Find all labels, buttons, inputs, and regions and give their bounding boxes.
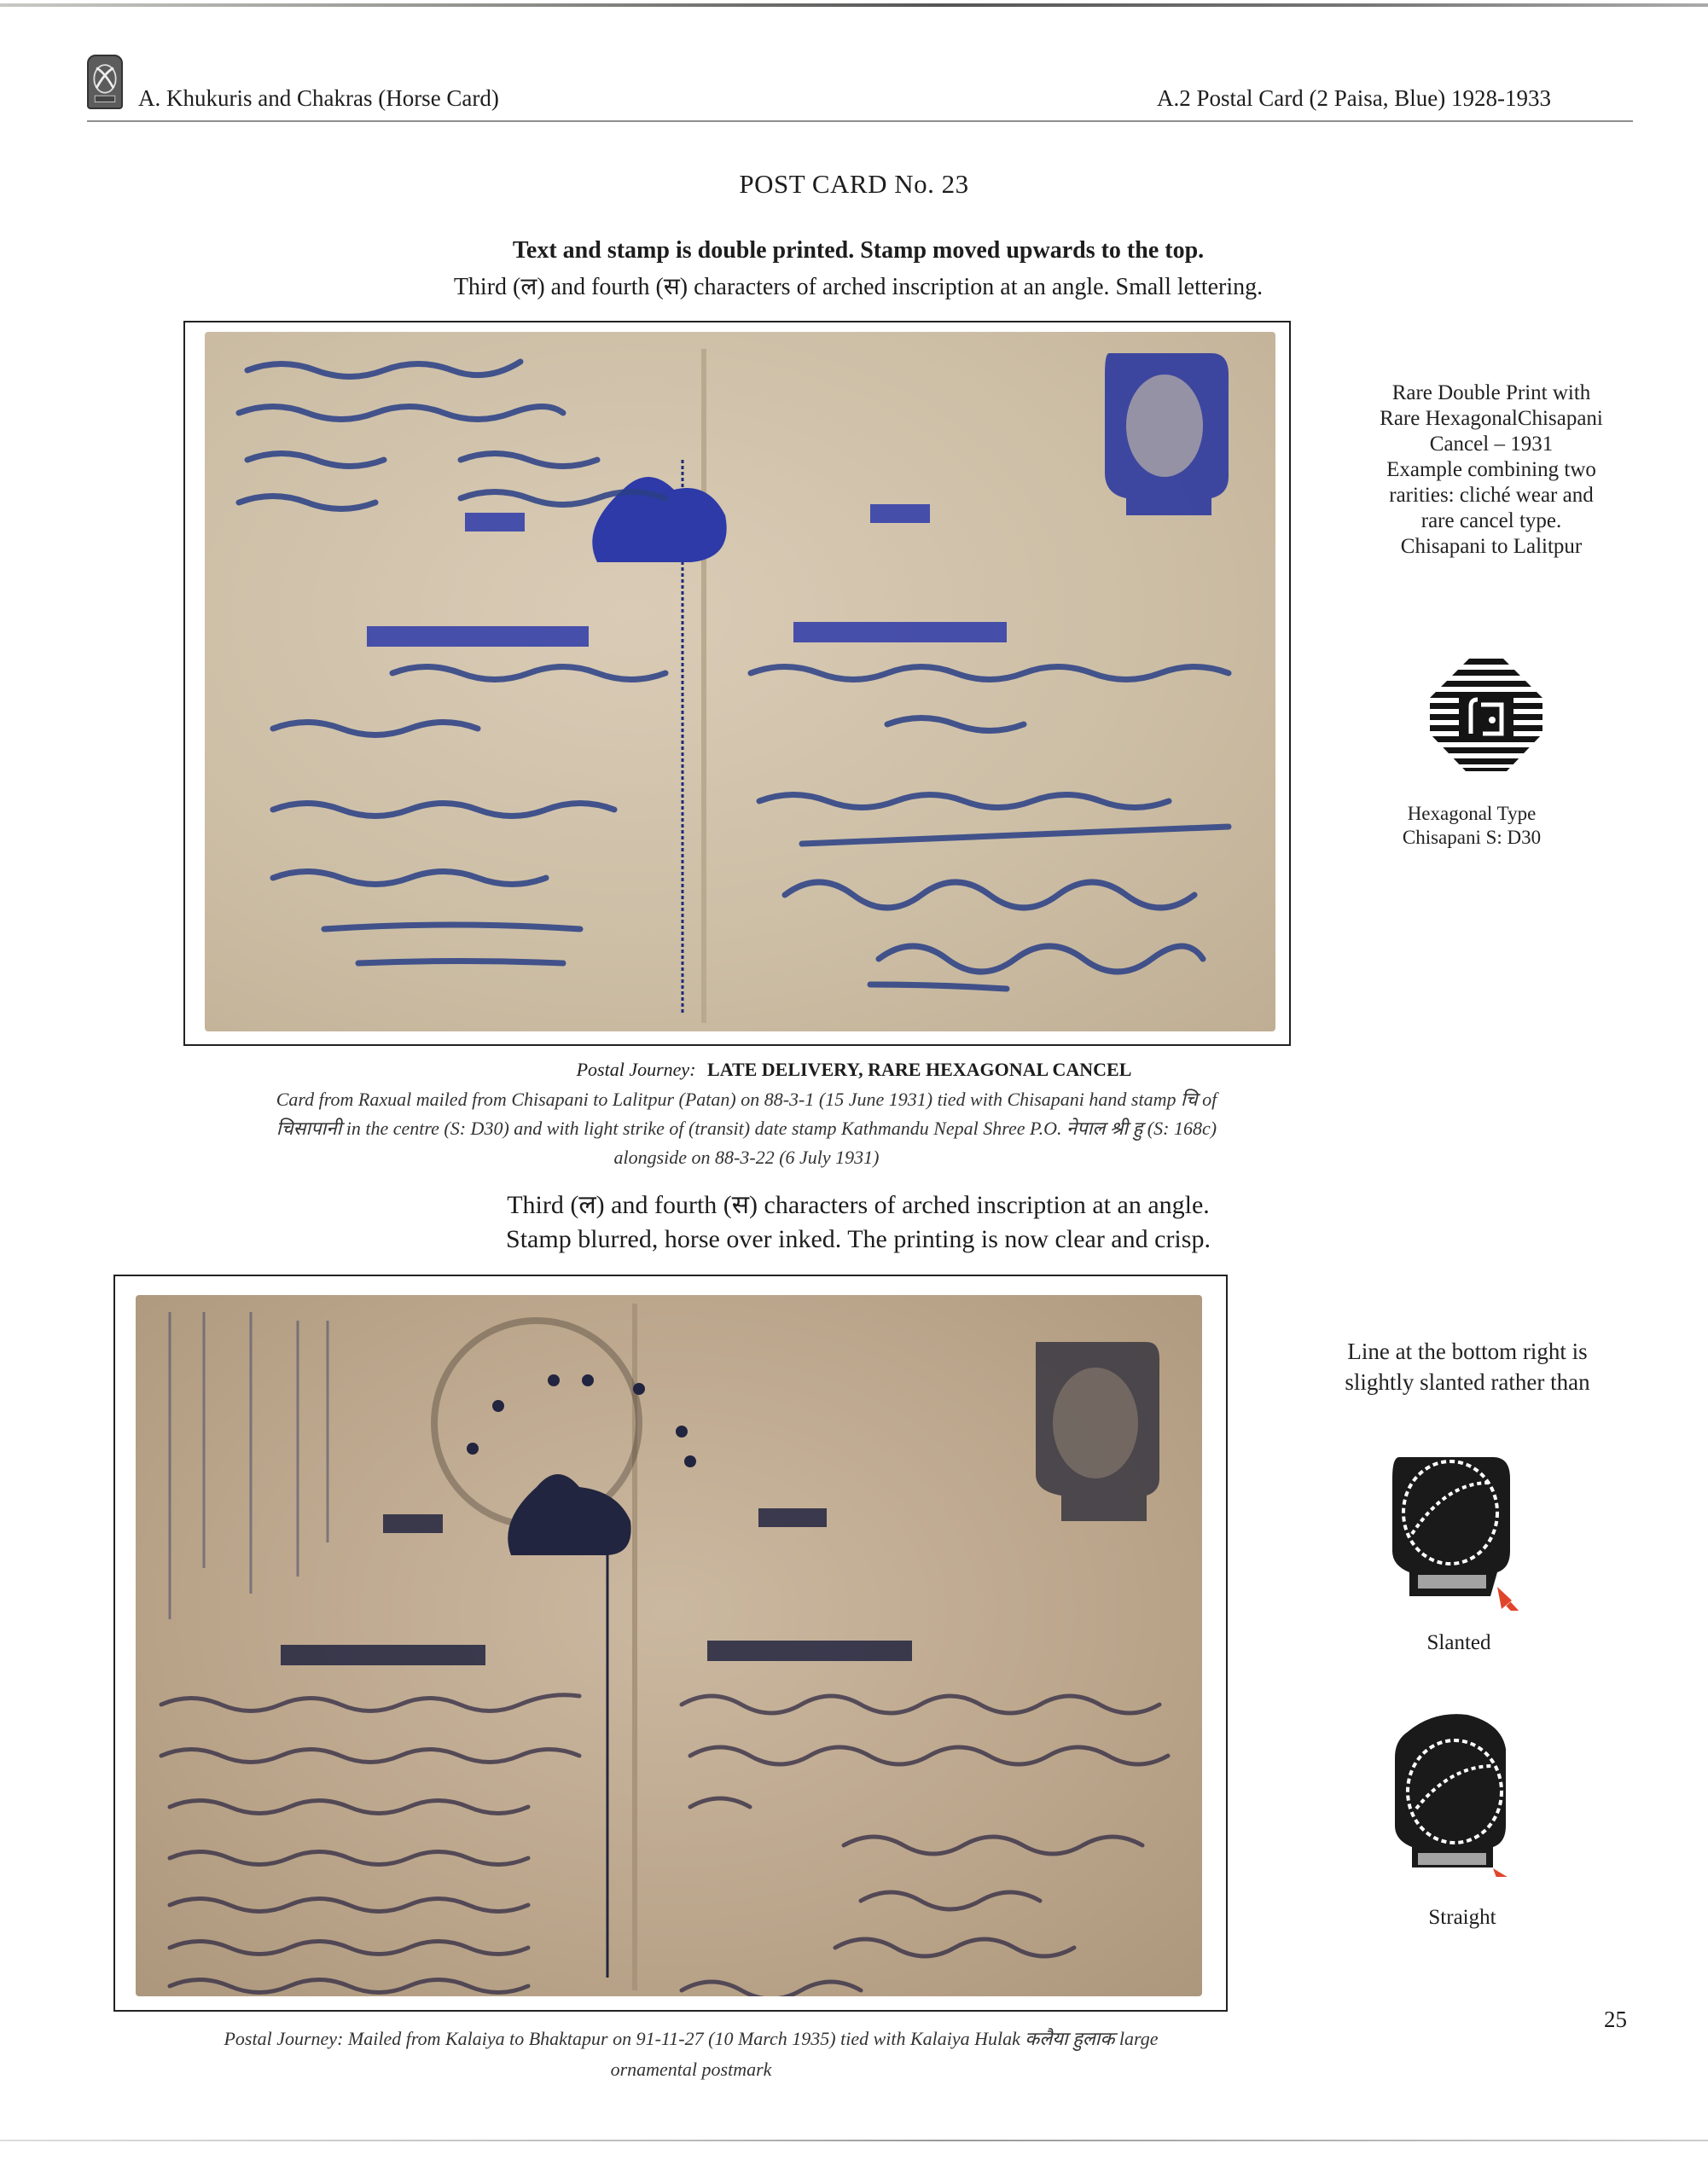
postal-journey-summary: LATE DELIVERY, RARE HEXAGONAL CANCEL — [707, 1059, 1131, 1080]
side-note-line: slightly slanted rather than — [1280, 1367, 1655, 1397]
card-23-journey-heading: Postal Journey: LATE DELIVERY, RARE HEXA… — [0, 1059, 1708, 1081]
description-line: Stamp blurred, horse over inked. The pri… — [0, 1223, 1708, 1257]
card-23-description: Third (ल) and fourth (स) characters of a… — [0, 270, 1708, 302]
slanted-stamp-detail-image — [1365, 1440, 1536, 1611]
journey-detail-line: चिसापानी in the centre (S: D30) and with… — [205, 1114, 1288, 1143]
cancel-reference-label: Chisapani S: D30 — [1339, 826, 1604, 850]
post-card-title: POST CARD No. 23 — [0, 169, 1708, 200]
top-page-rule — [0, 3, 1708, 7]
cancel-type-label: Hexagonal Type — [1339, 802, 1604, 826]
card-2-side-note: Line at the bottom right is slightly sla… — [1280, 1336, 1655, 1397]
card-2-image — [136, 1295, 1202, 1996]
side-note-line: Example combining two — [1321, 457, 1662, 483]
card-2-journey-caption: Postal Journey: Mailed from Kalaiya to B… — [137, 2024, 1246, 2085]
description-line: Third (ल) and fourth (स) characters of a… — [0, 1188, 1708, 1223]
hexagonal-cancel-caption: Hexagonal Type Chisapani S: D30 — [1339, 802, 1604, 850]
card-23-side-note: Rare Double Print with Rare HexagonalChi… — [1321, 380, 1662, 560]
red-arrow-icon — [1497, 1587, 1529, 1611]
side-note-line: rare cancel type. — [1321, 508, 1662, 534]
header-rule — [87, 120, 1633, 122]
side-note-line: Cancel – 1931 — [1321, 432, 1662, 457]
card-23-description-bold: Text and stamp is double printed. Stamp … — [0, 237, 1708, 264]
page-number: 25 — [1604, 2007, 1627, 2033]
journey-detail-line: ornamental postmark — [137, 2054, 1246, 2085]
slanted-label: Slanted — [1374, 1631, 1544, 1655]
side-note-line: Line at the bottom right is — [1280, 1336, 1655, 1367]
straight-label: Straight — [1377, 1906, 1548, 1930]
side-note-line: rarities: cliché wear and — [1321, 483, 1662, 508]
card-23-image — [205, 332, 1275, 1031]
red-arrow-icon — [1493, 1868, 1525, 1877]
section-heading: A. Khukuris and Chakras (Horse Card) — [138, 85, 499, 112]
side-note-line: Rare Double Print with — [1321, 380, 1662, 406]
journey-detail-line: alongside on 88-3-22 (6 July 1931) — [205, 1143, 1288, 1172]
card-2-image-frame — [113, 1275, 1228, 2012]
hexagonal-chisapani-cancel-icon — [1426, 655, 1546, 775]
straight-stamp-detail-image — [1365, 1706, 1536, 1877]
side-note-line: Rare HexagonalChisapani — [1321, 406, 1662, 432]
journey-detail-line: Postal Journey: Mailed from Kalaiya to B… — [137, 2024, 1246, 2054]
card-23-image-frame — [183, 321, 1291, 1046]
subsection-heading: A.2 Postal Card (2 Paisa, Blue) 1928-193… — [1157, 85, 1551, 112]
journey-detail-line: Card from Raxual mailed from Chisapani t… — [205, 1085, 1288, 1114]
card-2-description: Third (ल) and fourth (स) characters of a… — [0, 1188, 1708, 1257]
side-note-line: Chisapani to Lalitpur — [1321, 534, 1662, 560]
crossed-khukuris-emblem-icon — [87, 55, 123, 109]
postal-journey-label: Postal Journey: — [577, 1059, 696, 1080]
card-23-journey-details: Card from Raxual mailed from Chisapani t… — [205, 1085, 1288, 1172]
bottom-page-rule — [0, 2140, 1708, 2141]
